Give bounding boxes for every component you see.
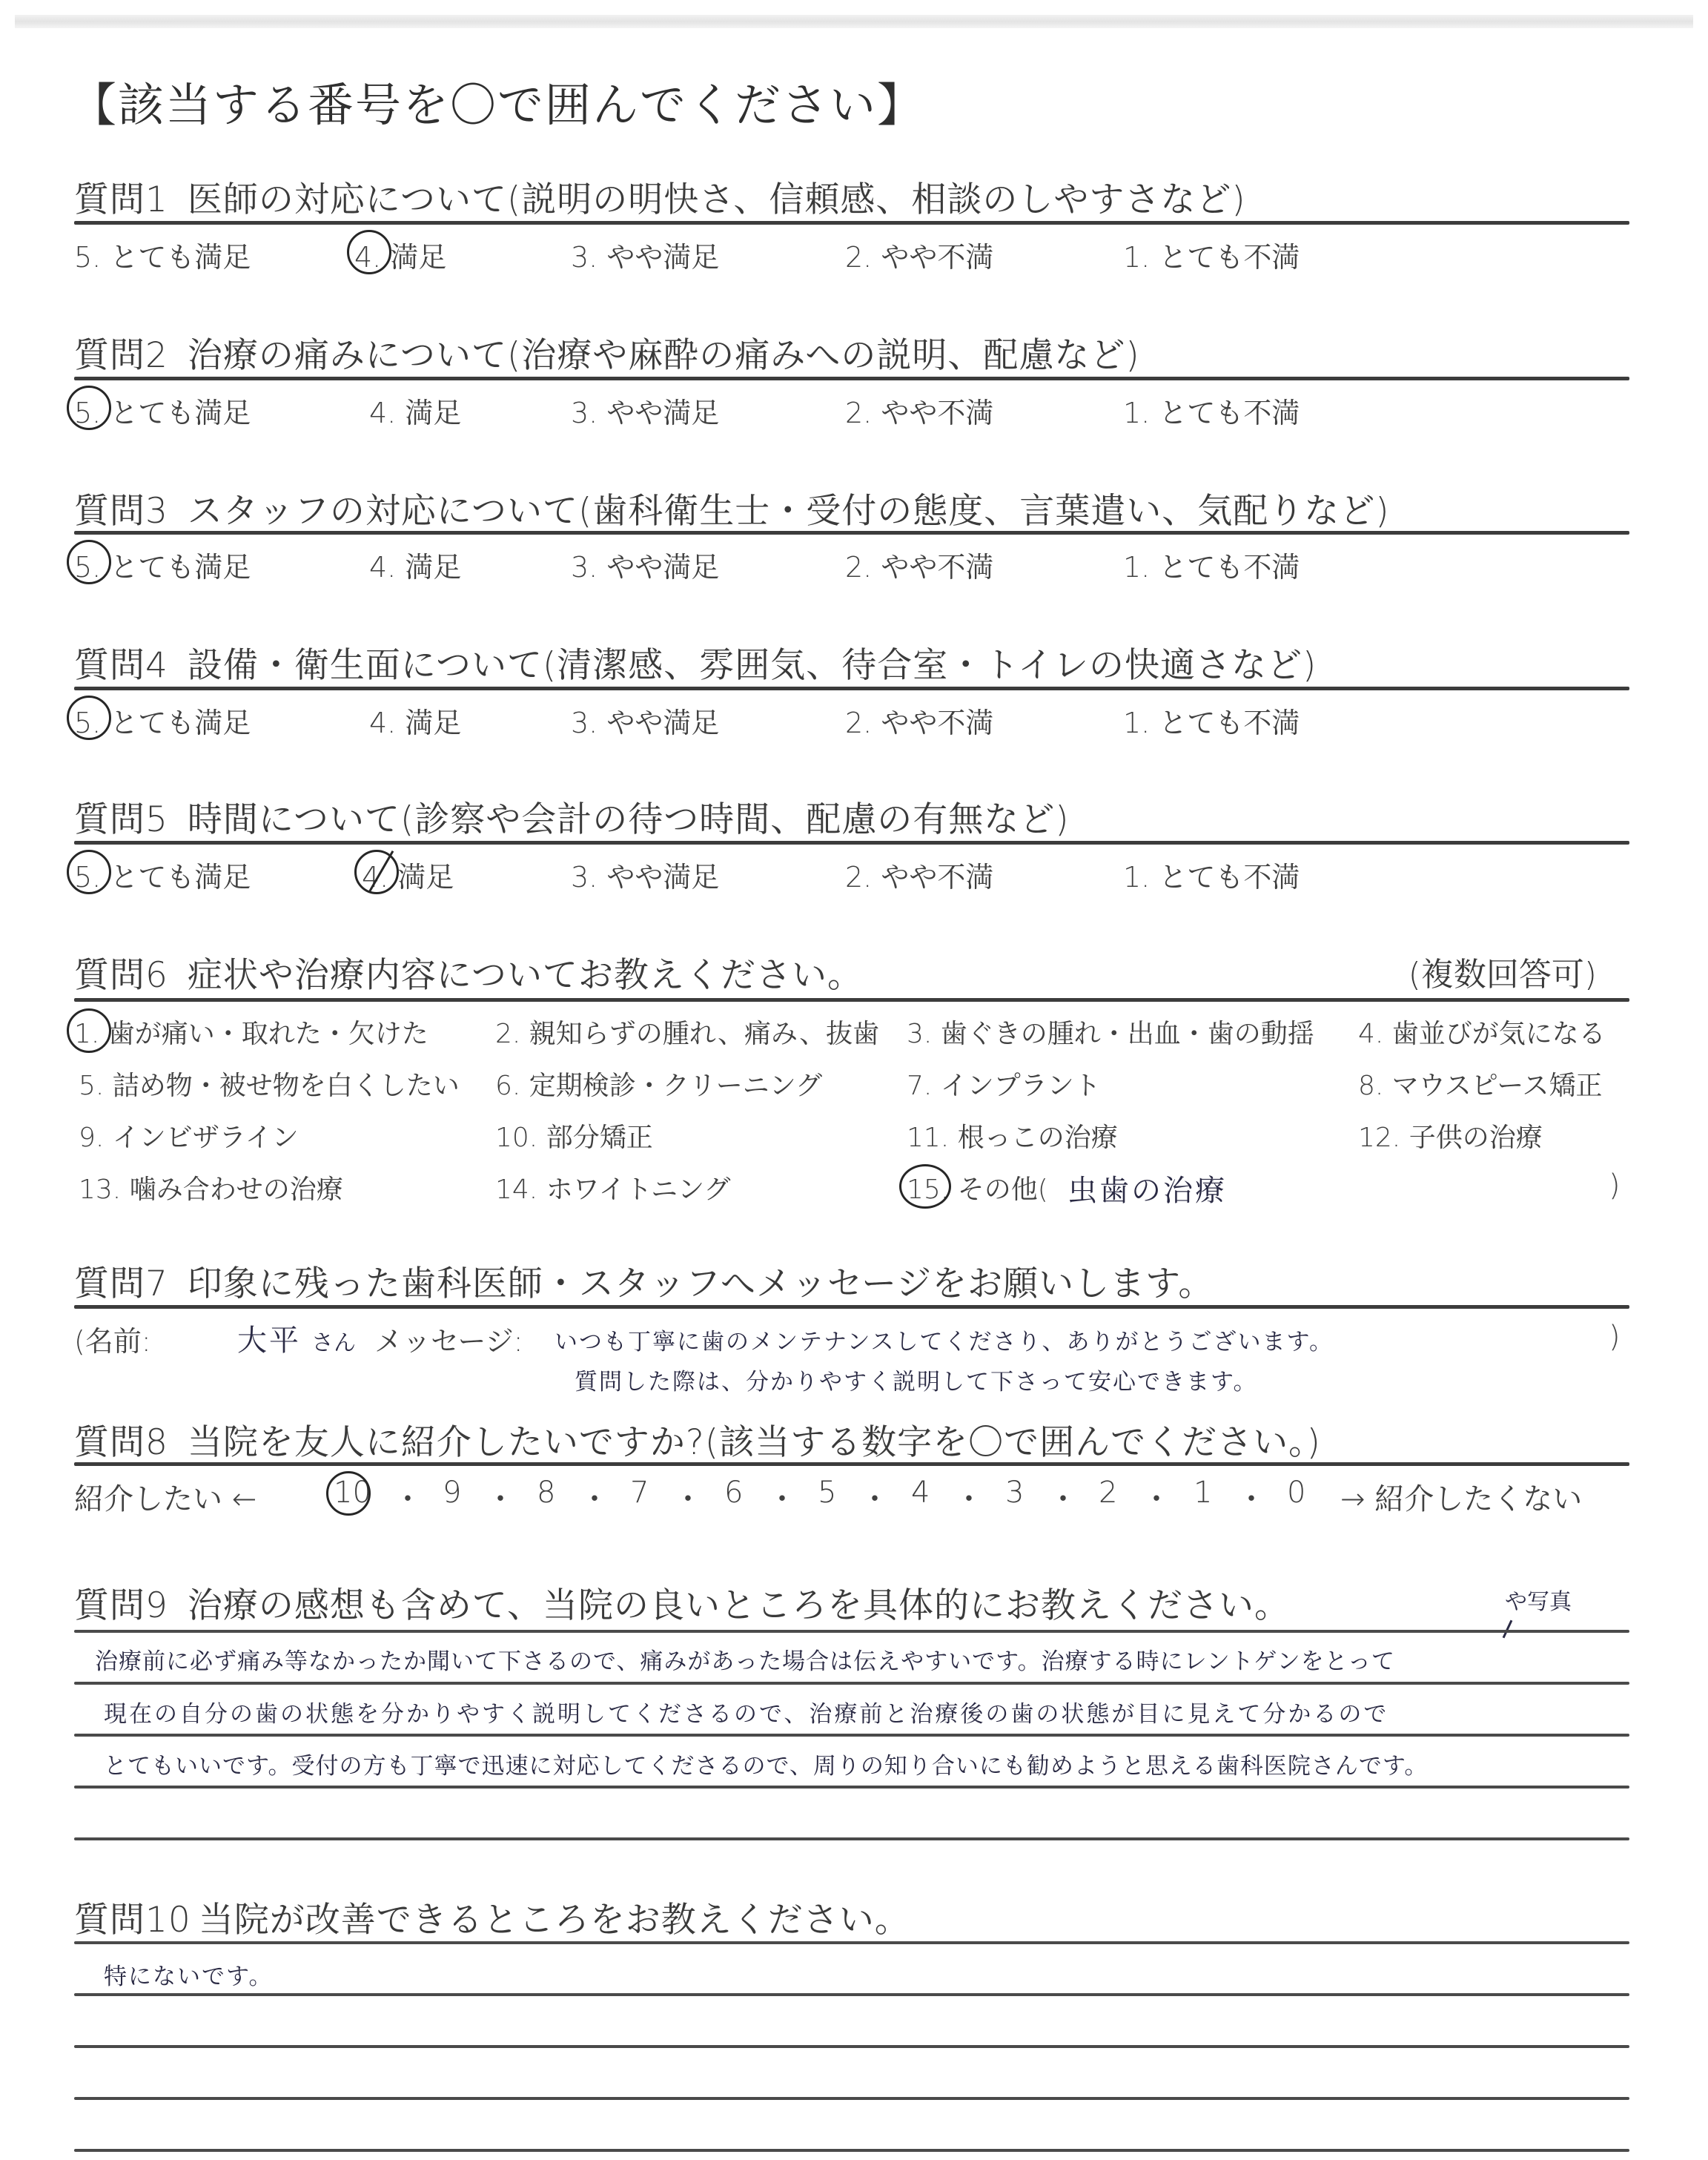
- treatment-item-1-circled[interactable]: 1. 歯が痛い・取れた・欠けた: [74, 1013, 428, 1051]
- treatment-item-9[interactable]: 9. インビザライン: [79, 1117, 299, 1155]
- question-number: 質問7: [74, 1264, 168, 1304]
- name-label: (名前:: [74, 1318, 151, 1359]
- treatment-item-7[interactable]: 7. インプラント: [907, 1065, 1101, 1103]
- question-text: 設備・衛生面について(清潔感、雰囲気、待合室・トイレの快適さなど): [188, 645, 1317, 686]
- scale-1[interactable]: 1: [1194, 1476, 1212, 1510]
- question-5-heading: 質問5時間について(診察や会計の待つ時間、配慮の有無など): [74, 792, 1070, 842]
- recommend-right-label: → 紹介したくない: [1340, 1476, 1582, 1518]
- option-1[interactable]: 1. とても不満: [1123, 234, 1300, 275]
- name-suffix: さん: [311, 1324, 356, 1357]
- divider: [74, 221, 1629, 225]
- divider: [74, 1305, 1629, 1309]
- scale-9[interactable]: 9: [443, 1476, 461, 1510]
- treatment-item-15-circled[interactable]: 15. その他(: [907, 1169, 1048, 1206]
- option-4[interactable]: 4. 満足: [369, 390, 461, 431]
- answer-line: [74, 1993, 1629, 1996]
- scan-edge: [15, 15, 1693, 28]
- answer-line-2[interactable]: 現在の自分の歯の状態を分かりやすく説明してくださるので、治療前と治療後の歯の状態…: [104, 1695, 1388, 1728]
- question-text: 治療の痛みについて(治療や麻酔の痛みへの説明、配慮など): [188, 335, 1140, 376]
- option-5-circled[interactable]: 5. とても満足: [74, 700, 251, 741]
- question-number: 質問1: [74, 179, 168, 220]
- option-3[interactable]: 3. やや満足: [571, 390, 719, 431]
- question-text: 治療の感想も含めて、当院の良いところを具体的にお教えください。: [188, 1585, 1290, 1626]
- scale-5[interactable]: 5: [818, 1476, 836, 1510]
- answer-line-3[interactable]: とてもいいです。受付の方も丁寧で迅速に対応してくださるので、周りの知り合いにも勧…: [104, 1747, 1428, 1780]
- treatment-item-14[interactable]: 14. ホワイトニング: [495, 1169, 730, 1206]
- answer-line: [74, 1786, 1629, 1789]
- option-4-crossed-out[interactable]: 4. 満足: [362, 854, 454, 895]
- question-6-heading: 質問6症状や治療内容についてお教えください。: [74, 948, 863, 997]
- question-text: 時間について(診察や会計の待つ時間、配慮の有無など): [188, 799, 1070, 840]
- question-10-heading: 質問10当院が改善できるところをお教えください。: [74, 1892, 910, 1942]
- option-5[interactable]: 5. とても満足: [74, 234, 251, 275]
- option-3[interactable]: 3. やや満足: [571, 700, 719, 741]
- divider: [74, 841, 1629, 845]
- page-title: 【該当する番号を〇で囲んでください】: [70, 68, 924, 134]
- treatment-item-13[interactable]: 13. 噛み合わせの治療: [79, 1169, 343, 1206]
- option-1[interactable]: 1. とても不満: [1123, 544, 1300, 585]
- treatment-item-10[interactable]: 10. 部分矯正: [495, 1117, 653, 1155]
- question-8-heading: 質問8当院を友人に紹介したいですか?(該当する数字を〇で囲んでください。): [74, 1415, 1321, 1464]
- recommend-left-label: 紹介したい ←: [74, 1476, 256, 1518]
- question-number: 質問6: [74, 955, 168, 996]
- answer-line-1[interactable]: 治療前に必ず痛み等なかったか聞いて下さるので、痛みがあった場合は伝えやすいです。…: [95, 1642, 1395, 1676]
- treatment-item-3[interactable]: 3. 歯ぐきの腫れ・出血・歯の動揺: [907, 1013, 1314, 1051]
- option-3[interactable]: 3. やや満足: [571, 544, 719, 585]
- answer-line: [74, 2097, 1629, 2100]
- treatment-item-5[interactable]: 5. 詰め物・被せ物を白くしたい: [79, 1065, 460, 1103]
- answer-line: [74, 1630, 1629, 1633]
- question-number: 質問4: [74, 645, 168, 686]
- treatment-item-12[interactable]: 12. 子供の治療: [1358, 1117, 1543, 1155]
- treatment-item-4[interactable]: 4. 歯並びが気になる: [1358, 1013, 1606, 1051]
- divider: [74, 687, 1629, 690]
- name-field[interactable]: 大平: [237, 1317, 301, 1359]
- option-1[interactable]: 1. とても不満: [1123, 700, 1300, 741]
- scale-3[interactable]: 3: [1005, 1476, 1024, 1510]
- message-line-2[interactable]: 質問した際は、分かりやすく説明して下さって安心できます。: [575, 1363, 1258, 1396]
- option-5-circled[interactable]: 5. とても満足: [74, 390, 251, 431]
- treatment-item-6[interactable]: 6. 定期検診・クリーニング: [495, 1065, 822, 1103]
- question-number: 質問2: [74, 335, 168, 376]
- insertion-caret: [1503, 1620, 1513, 1639]
- answer-line: [74, 2045, 1629, 2048]
- question-number: 質問8: [74, 1422, 168, 1463]
- question-2-heading: 質問2治療の痛みについて(治療や麻酔の痛みへの説明、配慮など): [74, 328, 1140, 377]
- scale-7[interactable]: 7: [630, 1476, 649, 1510]
- option-3[interactable]: 3. やや満足: [571, 234, 719, 275]
- option-4[interactable]: 4. 満足: [369, 544, 461, 585]
- answer-line: [74, 2149, 1629, 2152]
- treatment-item-11[interactable]: 11. 根っこの治療: [907, 1117, 1118, 1155]
- scale-4[interactable]: 4: [911, 1476, 930, 1510]
- option-1[interactable]: 1. とても不満: [1123, 854, 1300, 895]
- scale-6[interactable]: 6: [724, 1476, 743, 1510]
- divider: [74, 531, 1629, 535]
- question-number: 質問9: [74, 1585, 168, 1626]
- scale-8[interactable]: 8: [537, 1476, 555, 1510]
- option-3[interactable]: 3. やや満足: [571, 854, 719, 895]
- option-5-circled[interactable]: 5. とても満足: [74, 854, 251, 895]
- other-treatment-answer[interactable]: 虫歯の治療: [1067, 1167, 1227, 1209]
- answer-line: [74, 1734, 1629, 1737]
- question-text: 当院を友人に紹介したいですか?(該当する数字を〇で囲んでください。): [188, 1422, 1321, 1463]
- option-2[interactable]: 2. やや不満: [845, 234, 993, 275]
- answer-line: [74, 1941, 1629, 1944]
- divider: [74, 998, 1629, 1002]
- treatment-item-2[interactable]: 2. 親知らずの腫れ、痛み、抜歯: [495, 1013, 879, 1051]
- question-text: スタッフの対応について(歯科衛生士・受付の態度、言葉遣い、気配りなど): [188, 491, 1390, 532]
- improvement-answer[interactable]: 特にないです。: [104, 1958, 274, 1991]
- multiple-answers-note: (複数回答可): [1409, 948, 1597, 995]
- option-4[interactable]: 4. 満足: [369, 700, 461, 741]
- divider: [74, 377, 1629, 380]
- question-3-heading: 質問3スタッフの対応について(歯科衛生士・受付の態度、言葉遣い、気配りなど): [74, 483, 1390, 533]
- question-text: 症状や治療内容についてお教えください。: [188, 955, 863, 996]
- question-number: 質問3: [74, 491, 168, 532]
- message-line-1[interactable]: いつも丁寧に歯のメンテナンスしてくださり、ありがとうございます。: [555, 1323, 1334, 1356]
- option-5-circled[interactable]: 5. とても満足: [74, 544, 251, 585]
- question-text: 医師の対応について(説明の明快さ、信頼感、相談のしやすさなど): [188, 179, 1246, 220]
- question-text: 当院が改善できるところをお教えください。: [199, 1900, 910, 1941]
- scale-10-circled[interactable]: 10: [334, 1476, 371, 1510]
- scale-2[interactable]: 2: [1099, 1476, 1117, 1510]
- close-paren: ): [1609, 1320, 1621, 1354]
- divider: [74, 1462, 1629, 1466]
- answer-line: [74, 1837, 1629, 1840]
- question-4-heading: 質問4設備・衛生面について(清潔感、雰囲気、待合室・トイレの快適さなど): [74, 638, 1317, 687]
- question-text: 印象に残った歯科医師・スタッフへメッセージをお願いします。: [188, 1264, 1214, 1304]
- option-2[interactable]: 2. やや不満: [845, 854, 993, 895]
- option-2[interactable]: 2. やや不満: [845, 390, 993, 431]
- scale-0[interactable]: 0: [1287, 1476, 1305, 1510]
- close-paren: ): [1609, 1169, 1621, 1203]
- question-1-heading: 質問1医師の対応について(説明の明快さ、信頼感、相談のしやすさなど): [74, 172, 1246, 222]
- option-2[interactable]: 2. やや不満: [845, 700, 993, 741]
- option-1[interactable]: 1. とても不満: [1123, 390, 1300, 431]
- option-4-circled[interactable]: 4. 満足: [354, 234, 446, 275]
- treatment-item-8[interactable]: 8. マウスピース矯正: [1358, 1065, 1602, 1103]
- question-7-heading: 質問7印象に残った歯科医師・スタッフへメッセージをお願いします。: [74, 1256, 1214, 1306]
- question-9-heading: 質問9治療の感想も含めて、当院の良いところを具体的にお教えください。: [74, 1578, 1290, 1628]
- question-number: 質問5: [74, 799, 168, 840]
- insertion-note: や写真: [1505, 1583, 1572, 1616]
- message-label: メッセージ:: [374, 1318, 523, 1359]
- option-2[interactable]: 2. やや不満: [845, 544, 993, 585]
- answer-line: [74, 1682, 1629, 1685]
- question-number: 質問10: [74, 1900, 191, 1941]
